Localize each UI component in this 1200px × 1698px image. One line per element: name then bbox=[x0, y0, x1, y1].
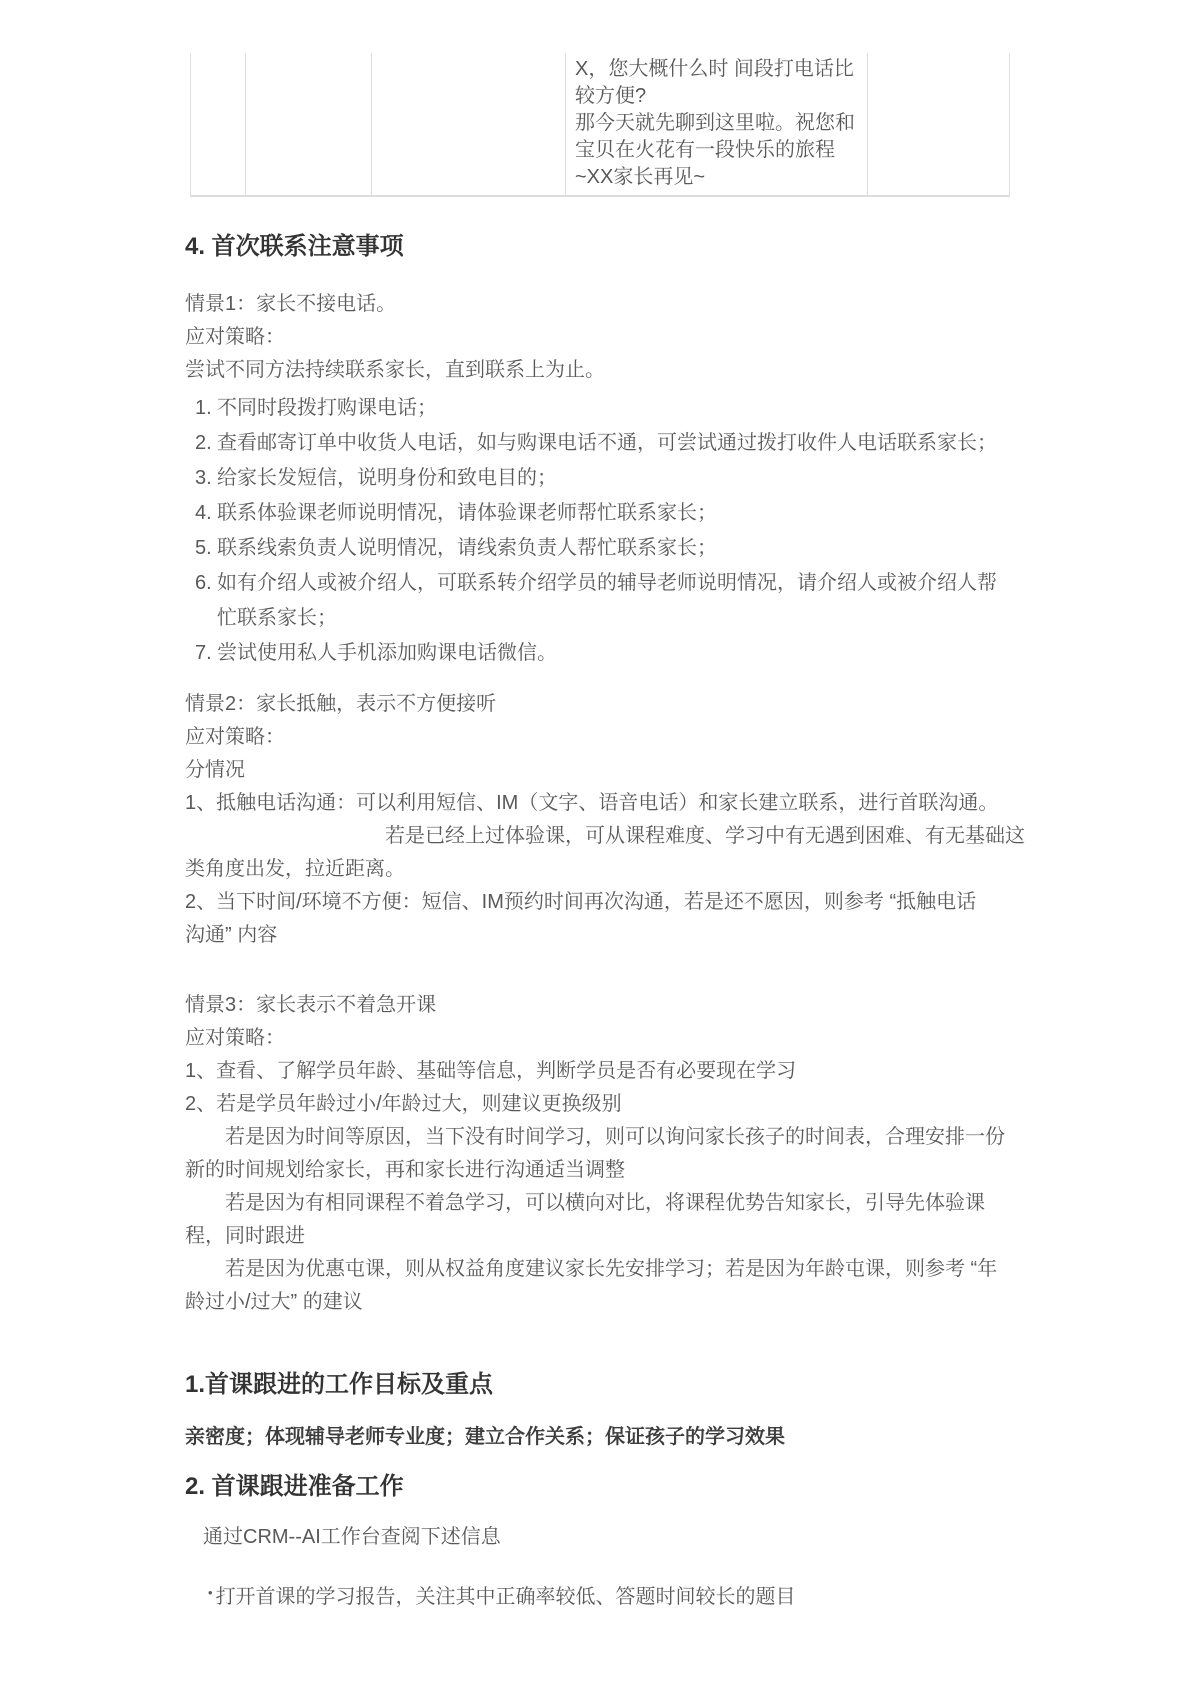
crm-intro-line: 通过CRM--AI工作台查阅下述信息 bbox=[203, 1521, 1083, 1554]
table-cell-empty-5 bbox=[868, 53, 1010, 195]
prep-bullet-line: •打开首课的学习报告，关注其中正确率较低、答题时间较长的题目 bbox=[208, 1576, 1088, 1614]
scenario2-paragraph: 情景2：家长抵触，表示不方便接听 应对策略： 分情况 1、抵触电话沟通：可以利用… bbox=[185, 688, 1065, 952]
table-cell-script-text: X，您大概什么时 间段打电话比 较方便? 那今天就先聊到这里啦。祝您和 宝贝在火… bbox=[566, 53, 867, 191]
list-item: 1. 不同时段拨打购课电话； bbox=[195, 391, 1075, 426]
bullet-dot-icon: • bbox=[208, 1585, 213, 1600]
list-item-number: 2. bbox=[195, 426, 217, 461]
list-item-text: 如有介绍人或被介绍人，可联系转介绍学员的辅导老师说明情况，请介绍人或被介绍人帮 … bbox=[217, 566, 1075, 636]
table-cell-script: X，您大概什么时 间段打电话比 较方便? 那今天就先聊到这里啦。祝您和 宝贝在火… bbox=[566, 53, 868, 195]
list-item-text: 不同时段拨打购课电话； bbox=[217, 391, 1075, 426]
list-item: 2. 查看邮寄订单中收货人电话，如与购课电话不通，可尝试通过拨打收件人电话联系家… bbox=[195, 426, 1075, 461]
table-cell-empty-1 bbox=[190, 53, 246, 195]
scenario1-paragraph: 情景1：家长不接电话。 应对策略： 尝试不同方法持续联系家长，直到联系上为止。 bbox=[185, 288, 1065, 387]
list-item: 3. 给家长发短信，说明身份和致电目的； bbox=[195, 461, 1075, 496]
list-item: 7. 尝试使用私人手机添加购课电话微信。 bbox=[195, 636, 1075, 671]
scenario3-paragraph: 情景3：家长表示不着急开课 应对策略： 1、查看、了解学员年龄、基础等信息，判断… bbox=[185, 989, 1065, 1319]
list-item-text: 尝试使用私人手机添加购课电话微信。 bbox=[217, 636, 1075, 671]
list-item-text: 查看邮寄订单中收货人电话，如与购课电话不通，可尝试通过拨打收件人电话联系家长； bbox=[217, 426, 1075, 461]
list-item-number: 6. bbox=[195, 566, 217, 601]
list-item: 6. 如有介绍人或被介绍人，可联系转介绍学员的辅导老师说明情况，请介绍人或被介绍… bbox=[195, 566, 1075, 636]
table-cell-empty-3 bbox=[372, 53, 566, 195]
document-page: X，您大概什么时 间段打电话比 较方便? 那今天就先聊到这里啦。祝您和 宝贝在火… bbox=[0, 0, 1200, 1698]
goal-summary-text: 亲密度；体现辅导老师专业度；建立合作关系；保证孩子的学习效果 bbox=[185, 1421, 1065, 1454]
list-item-number: 5. bbox=[195, 531, 217, 566]
list-item-number: 3. bbox=[195, 461, 217, 496]
list-item-text: 给家长发短信，说明身份和致电目的； bbox=[217, 461, 1075, 496]
list-item-number: 7. bbox=[195, 636, 217, 671]
list-item-text: 联系体验课老师说明情况，请体验课老师帮忙联系家长； bbox=[217, 496, 1075, 531]
section-heading-first-lesson-prep: 2. 首课跟进准备工作 bbox=[185, 1470, 1065, 1504]
section-heading-first-lesson-goals: 1.首课跟进的工作目标及重点 bbox=[185, 1368, 1065, 1402]
table-cell-empty-2 bbox=[246, 53, 372, 195]
list-item: 5. 联系线索负责人说明情况，请线索负责人帮忙联系家长； bbox=[195, 531, 1075, 566]
list-item-number: 4. bbox=[195, 496, 217, 531]
section-heading-first-contact-notes: 4. 首次联系注意事项 bbox=[185, 230, 1065, 264]
strategy-list: 1. 不同时段拨打购课电话； 2. 查看邮寄订单中收货人电话，如与购课电话不通，… bbox=[185, 391, 1075, 671]
list-item: 4. 联系体验课老师说明情况，请体验课老师帮忙联系家长； bbox=[195, 496, 1075, 531]
prep-bullet-text: 打开首课的学习报告，关注其中正确率较低、答题时间较长的题目 bbox=[216, 1586, 796, 1608]
list-item-text: 联系线索负责人说明情况，请线索负责人帮忙联系家长； bbox=[217, 531, 1075, 566]
list-item-number: 1. bbox=[195, 391, 217, 426]
table-fragment: X，您大概什么时 间段打电话比 较方便? 那今天就先聊到这里啦。祝您和 宝贝在火… bbox=[190, 53, 1010, 197]
